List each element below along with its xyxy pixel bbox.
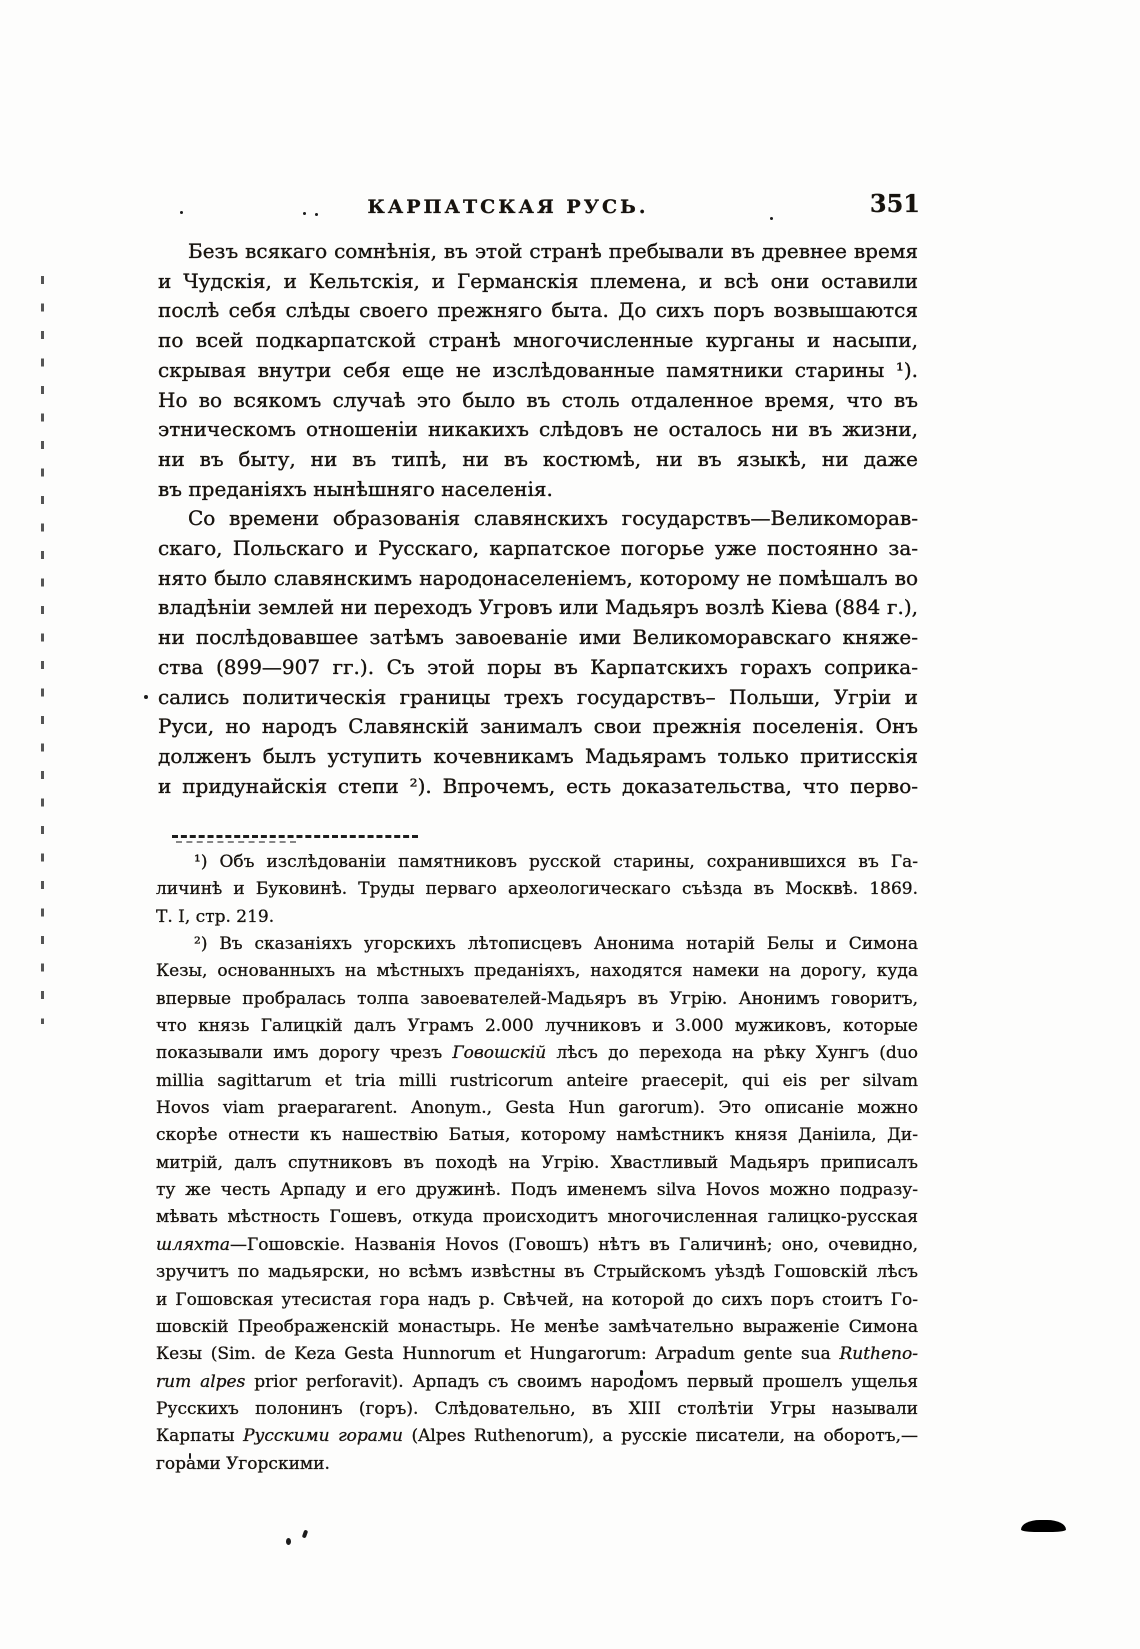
text-line: и придунайскія степи ²). Впрочемъ, есть …: [158, 772, 918, 802]
scan-artifact-speck: [640, 1370, 643, 1376]
text-line: мѣвать мѣстность Гошевъ, откуда происход…: [156, 1204, 918, 1231]
text-line: сались политическія границы трехъ госуда…: [158, 683, 918, 713]
text-line: скорѣе отнести къ нашествію Батыя, котор…: [156, 1122, 918, 1149]
text-line: и Чудскія, и Кельтскія, и Германскія пле…: [158, 267, 918, 297]
text-line: Т. I, стр. 219.: [156, 904, 918, 931]
text-line: въ преданіяхъ нынѣшняго населенія.: [158, 475, 918, 505]
text-line: Со времени образованія славянскихъ госуд…: [158, 504, 918, 534]
scan-artifact-speck: [189, 1453, 191, 1459]
scan-artifact-speck: [144, 695, 148, 699]
text-line: Карпаты Русскими горами (Alpes Ruthenoru…: [156, 1423, 918, 1450]
text-line: Кезы, основанныхъ на мѣстныхъ преданіяхъ…: [156, 958, 918, 985]
main-text-block: Безъ всякаго сомнѣнія, въ этой странѣ пр…: [158, 237, 918, 801]
footnote-separator-rule-fragment: [176, 841, 296, 843]
text-line: Кезы (Sim. de Keza Gesta Hunnorum et Hun…: [156, 1341, 918, 1368]
text-line: скрывая внутри себя еще не изслѣдованные…: [158, 356, 918, 386]
text-line: Безъ всякаго сомнѣнія, въ этой странѣ пр…: [158, 237, 918, 267]
text-line: шляхта—Гошовскіе. Названія Hovos (Говошъ…: [156, 1232, 918, 1259]
text-line: rum alpes prior perforavit). Арпадъ съ с…: [156, 1369, 918, 1396]
scan-artifact-speck: [770, 217, 773, 220]
scan-artifact-speck: [303, 212, 306, 215]
text-line: ства (899—907 гг.). Съ этой поры въ Карп…: [158, 653, 918, 683]
text-line: владѣніи землей ни переходъ Угровъ или М…: [158, 593, 918, 623]
scan-artifact-speck: [315, 213, 318, 216]
scan-artifact-speck: [180, 211, 183, 214]
book-page: КАРПАТСКАЯ РУСЬ. 351 Безъ всякаго сомнѣн…: [0, 0, 1140, 1649]
text-line: показывали имъ дорогу чрезъ Говошскій лѣ…: [156, 1040, 918, 1067]
text-line: ни послѣдовавшее затѣмъ завоеваніе ими В…: [158, 623, 918, 653]
scan-artifact-speck: [286, 1538, 291, 1545]
text-line: шовскій Преображенскій монастырь. Не мен…: [156, 1314, 918, 1341]
scan-artifact-margin-marks: [41, 276, 44, 1024]
text-line: горами Угорскими.: [156, 1451, 918, 1478]
text-line: впервые пробралась толпа завоевателей-Ма…: [156, 986, 918, 1013]
text-line: этническомъ отношеніи никакихъ слѣдовъ н…: [158, 415, 918, 445]
text-line: ни въ быту, ни въ типѣ, ни въ костюмѣ, н…: [158, 445, 918, 475]
footnote-separator-rule: [172, 835, 418, 838]
text-line: зручитъ по мадьярски, но всѣмъ извѣстны …: [156, 1259, 918, 1286]
text-line: послѣ себя слѣды своего прежняго быта. Д…: [158, 296, 918, 326]
scan-artifact-ink-blob: [1021, 1520, 1066, 1532]
text-line: личинѣ и Буковинѣ. Труды перваго археоло…: [156, 876, 918, 903]
text-line: Hovos viam praepararent. Anonym., Gesta …: [156, 1095, 918, 1122]
text-line: по всей подкарпатской странѣ многочислен…: [158, 326, 918, 356]
text-line: millia sagittarum et tria milli rustrico…: [156, 1068, 918, 1095]
text-line: митрій, далъ спутниковъ въ походѣ на Угр…: [156, 1150, 918, 1177]
text-line: нято было славянскимъ народонаселеніемъ,…: [158, 564, 918, 594]
text-line: Руси, но народъ Славянскій занималъ свои…: [158, 712, 918, 742]
page-number: 351: [855, 189, 920, 218]
running-header-title: КАРПАТСКАЯ РУСЬ.: [158, 196, 858, 218]
text-line: долженъ былъ уступить кочевникамъ Мадьяр…: [158, 742, 918, 772]
text-line: и Гошовская утесистая гора надъ р. Свѣче…: [156, 1287, 918, 1314]
text-line: ту же честь Арпаду и его дружинѣ. Подъ и…: [156, 1177, 918, 1204]
text-line: скаго, Польскаго и Русскаго, карпатское …: [158, 534, 918, 564]
text-line: Русскихъ полонинъ (горъ). Слѣдовательно,…: [156, 1396, 918, 1423]
text-line: ¹) Объ изслѣдованіи памятниковъ русской …: [156, 849, 918, 876]
text-line: Но во всякомъ случаѣ это было въ столь о…: [158, 386, 918, 416]
text-line: ²) Въ сказаніяхъ угорскихъ лѣтописцевъ А…: [156, 931, 918, 958]
scan-artifact-speck: [302, 1530, 308, 1539]
text-line: что князь Галицкій далъ Уграмъ 2.000 луч…: [156, 1013, 918, 1040]
footnotes-block: ¹) Объ изслѣдованіи памятниковъ русской …: [156, 849, 918, 1478]
